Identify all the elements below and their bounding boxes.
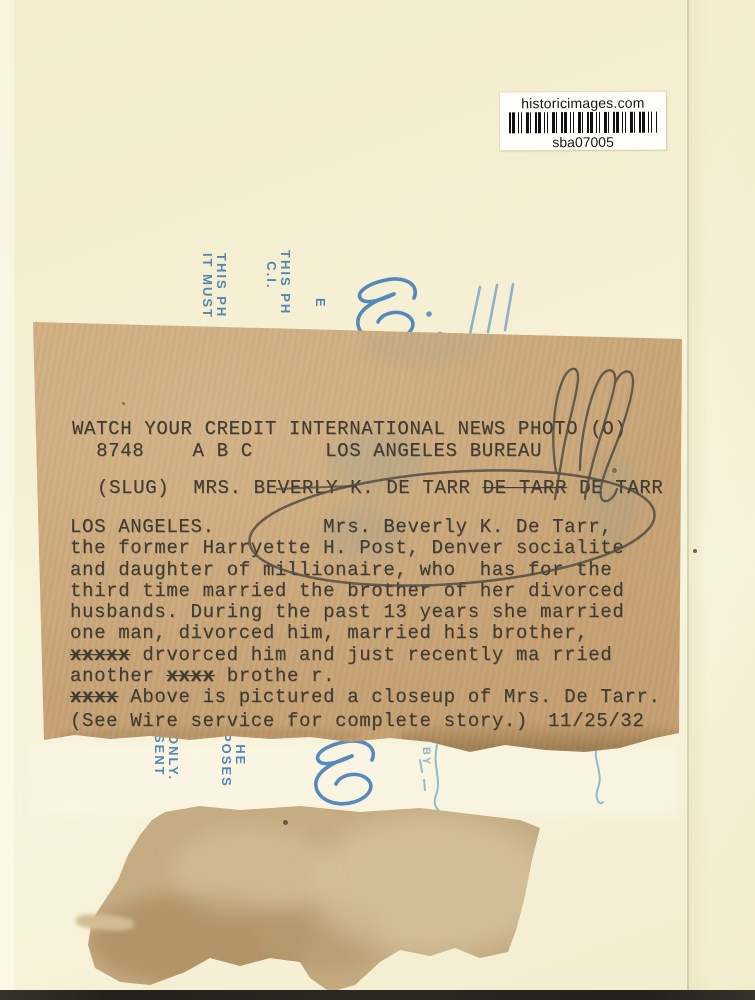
ink-stamp-fragment: THIS PH C.I. — [265, 250, 292, 315]
fold-strip — [689, 0, 755, 1000]
ink-stamp-fragment: HEPOSES — [220, 733, 247, 788]
bureau-line: 8748 A B C LOS ANGELES BUREAU — [72, 440, 542, 462]
credit-line: WATCH YOUR CREDIT INTERNATIONAL NEWS PHO… — [72, 418, 626, 440]
ink-slash-marks — [470, 284, 513, 334]
paper-speck — [122, 402, 125, 405]
overstruck-text: xxxxx — [70, 644, 130, 666]
stamp-line: BY — [420, 747, 432, 766]
remnant-speck — [283, 820, 288, 825]
paper-speck — [693, 549, 697, 553]
body-line: xxxxx drvorced him and just recently ma … — [70, 644, 661, 665]
ink-stamp-fragment: THIS PHIT MUST — [201, 253, 228, 319]
body-text: and daughter of millionaire, who has for… — [70, 559, 612, 581]
stamp-bleedthrough — [360, 332, 490, 362]
stamp-line: HE — [233, 733, 248, 766]
body-line: third time married the brother of her di… — [70, 580, 661, 601]
slug-struck-text: DE TARR — [483, 477, 567, 499]
photo-back-scan: historicimages.com sba07005 THIS PHIT MU… — [0, 0, 755, 1000]
stamp-line: ONLY. — [166, 734, 181, 781]
stamp-line: E — [313, 298, 328, 309]
slug-line: (SLUG) MRS. BEVERLY K. DE TARR DE TARR D… — [97, 477, 663, 499]
sticker-site-text: historicimages.com — [500, 95, 666, 112]
slug-prefix: (SLUG) MRS. BEVERLY K. DE TARR — [97, 477, 483, 499]
body-text: third time married the brother of her di… — [70, 580, 624, 602]
body-text: one man, divorced him, married his broth… — [70, 622, 588, 644]
paper-edge-highlight — [0, 0, 14, 1000]
body-line: and daughter of millionaire, who has for… — [70, 559, 661, 580]
body-text: the former Harryette H. Post, Denver soc… — [70, 537, 624, 559]
body-line: LOS ANGELES. Mrs. Beverly K. De Tarr, — [70, 516, 661, 537]
slip-body: LOS ANGELES. Mrs. Beverly K. De Tarr,the… — [70, 516, 661, 708]
overstruck-text: xxxx — [70, 686, 118, 708]
body-line: the former Harryette H. Post, Denver soc… — [70, 537, 661, 558]
ink-stamp-fragment: E — [314, 298, 328, 309]
stamp-line: THIS PH — [278, 250, 293, 315]
stamp-line: IT MUST — [201, 253, 216, 319]
barcode — [509, 112, 657, 134]
stamp-line: C.I. — [265, 250, 280, 289]
stamp-line: THIS PH — [214, 253, 229, 318]
body-text: LOS ANGELES. Mrs. Beverly K. De Tarr, — [70, 516, 612, 538]
paper-tone-patch — [30, 745, 680, 815]
barcode-sticker: historicimages.com sba07005 — [500, 92, 666, 151]
overstruck-text: xxxx — [166, 665, 214, 687]
remnant-light-wash — [310, 815, 550, 955]
slug-suffix: DE TARR — [567, 477, 663, 499]
ink-stamp-fragment: ONLY.SENT — [153, 734, 180, 781]
date-stamp: 11/25/32 — [548, 710, 644, 732]
stamp-line: POSES — [220, 733, 235, 788]
body-text: another — [70, 665, 166, 687]
body-text: brothe r. — [215, 665, 336, 687]
body-line: xxxx Above is pictured a closeup of Mrs.… — [70, 686, 661, 707]
fold-line — [687, 0, 689, 1000]
wire-note: (See Wire service for complete story.) — [70, 710, 528, 732]
wire-note-line: (See Wire service for complete story.)11… — [70, 710, 644, 732]
body-text: drvorced him and just recently ma rried — [130, 644, 612, 666]
stamp-line: SENT — [153, 734, 168, 777]
body-line: one man, divorced him, married his broth… — [70, 622, 661, 643]
body-text: Above is pictured a closeup of Mrs. De T… — [118, 686, 660, 708]
body-line: another xxxx brothe r. — [70, 665, 661, 686]
scan-edge-shadow — [0, 990, 755, 1000]
sticker-code: sba07005 — [500, 134, 666, 151]
ink-stamp-fragment: BY — [420, 747, 432, 766]
body-line: husbands. During the past 13 years she m… — [70, 601, 661, 622]
remnant-light-wash — [170, 825, 330, 915]
body-text: husbands. During the past 13 years she m… — [70, 601, 624, 623]
paper-speck — [612, 468, 617, 473]
